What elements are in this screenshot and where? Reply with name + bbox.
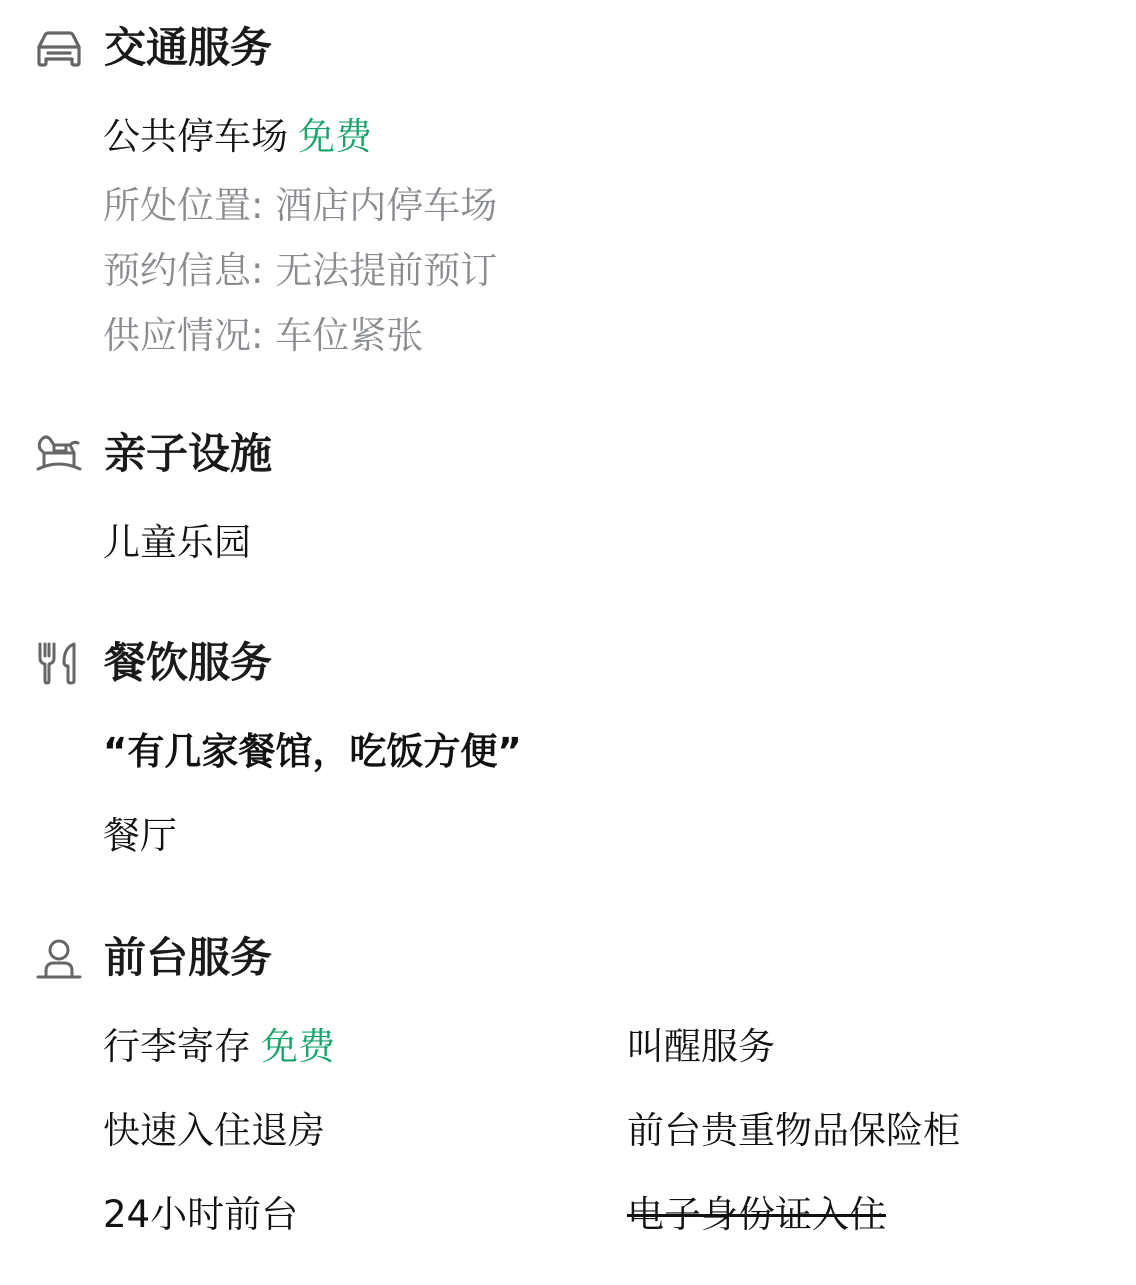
section-header-transport: 交通服务 — [34, 18, 86, 78]
facility-name: 公共停车场 — [103, 115, 288, 158]
facility-item: 行李寄存免费 — [103, 1022, 335, 1072]
facility-item: 餐厅 — [103, 811, 177, 861]
facility-item-unavailable: 电子身份证入住 — [627, 1190, 886, 1240]
section-header-dining: 餐饮服务 — [34, 633, 86, 693]
section-header-family: 亲子设施 — [34, 424, 86, 484]
detail-reservation: 预约信息: 无法提前预订 — [103, 246, 497, 296]
section-title: 交通服务 — [104, 18, 272, 78]
fork-knife-icon — [34, 637, 86, 689]
section-title: 餐饮服务 — [104, 633, 272, 693]
facility-item: 公共停车场免费 — [103, 112, 372, 162]
free-tag: 免费 — [298, 115, 372, 158]
facility-item: 24小时前台 — [103, 1190, 298, 1240]
car-icon — [34, 22, 86, 74]
section-title: 亲子设施 — [104, 424, 272, 484]
facility-item: 儿童乐园 — [103, 518, 251, 568]
rocking-horse-icon — [34, 428, 86, 480]
facility-item: 快速入住退房 — [103, 1106, 325, 1156]
detail-location: 所处位置: 酒店内停车场 — [103, 181, 497, 231]
review-quote: “有几家餐馆，吃饭方便” — [103, 727, 522, 777]
facility-name: 行李寄存 — [103, 1025, 251, 1068]
facility-item: 前台贵重物品保险柜 — [627, 1106, 960, 1156]
section-title: 前台服务 — [104, 928, 272, 988]
section-header-front-desk: 前台服务 — [34, 928, 86, 988]
detail-availability: 供应情况: 车位紧张 — [103, 311, 423, 361]
free-tag: 免费 — [261, 1025, 335, 1068]
facility-item: 叫醒服务 — [627, 1022, 775, 1072]
person-icon — [34, 932, 86, 984]
